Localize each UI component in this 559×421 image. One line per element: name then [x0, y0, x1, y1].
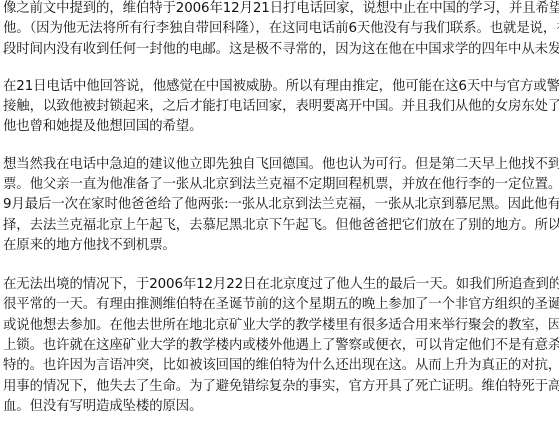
- text-line: 或说他想去参加。在他去世所在地北京矿业大学的教学楼里有很多适合用来举行聚会的教室…: [3, 318, 559, 334]
- text-line: 像之前文中提到的，维伯特于2006年12月21日打电话回家，说想中止在中国的学习…: [3, 1, 559, 17]
- text-line: 他也曾和她提及他想回国的希望。: [3, 119, 202, 135]
- text-line: 血。但没有写明造成坠楼的原因。: [3, 399, 202, 415]
- text-line: 特的。也许因为言语冲突，比如被该回国的维伯特为什么还出现在这。从而上升为真正的对…: [3, 358, 559, 374]
- text-line: 票。他父亲一直为他准备了一张从北京到法兰克福不定期回程机票，并放在他行李的一定位…: [3, 177, 559, 193]
- text-line: 9月最后一次在家时他爸爸给了他两张:一张从北京到法兰克福，一张从北京到慕尼黑。因…: [3, 197, 559, 213]
- text-line: 用事的情况下，他失去了生命。为了避免错综复杂的事实，官方开具了死亡证明。维伯特死…: [3, 379, 559, 395]
- document-body: 像之前文中提到的，维伯特于2006年12月21日打电话回家，说想中止在中国的学习…: [0, 0, 559, 421]
- text-line: 择，去法兰克福北京上午起飞，去慕尼黑北京下午起飞。但他爸爸把它们放在了别的地方。…: [3, 218, 559, 234]
- text-line: 上锁。也许就在这座矿业大学的教学楼内或楼外他遇上了警察或便衣，可以肯定他们不是有…: [3, 338, 559, 354]
- text-line: 在无法出境的情况下，于2006年12月22日在北京度过了他人生的最后一天。如我们…: [3, 277, 559, 293]
- text-line: 接触，以致他被封锁起来，之后才能打电话回家，表明要离开中国。并且我们从他的女房东…: [3, 99, 559, 115]
- text-line: 在21日电话中他回答说，他感觉在中国被威胁。所以有理由推定，他可能在这6天中与官…: [3, 79, 559, 95]
- text-line: 在原来的地方他找不到机票。: [3, 238, 176, 254]
- text-line: 他。（因为他无法将所有行李独自带回科隆），在这同电话前6天他没有与我们联系。也就…: [3, 21, 559, 37]
- text-line: 很平常的一天。有理由推测维伯特在圣诞节前的这个星期五的晚上参加了一个非官方组织的…: [3, 297, 559, 313]
- text-line: 段时间内没有收到任何一封他的电邮。这是极不寻常的，因为这在他在中国求学的四年中从…: [3, 42, 559, 58]
- text-line: 想当然我在电话中急迫的建议他立即先独自飞回德国。他也认为可行。但是第二天早上他找…: [3, 157, 559, 173]
